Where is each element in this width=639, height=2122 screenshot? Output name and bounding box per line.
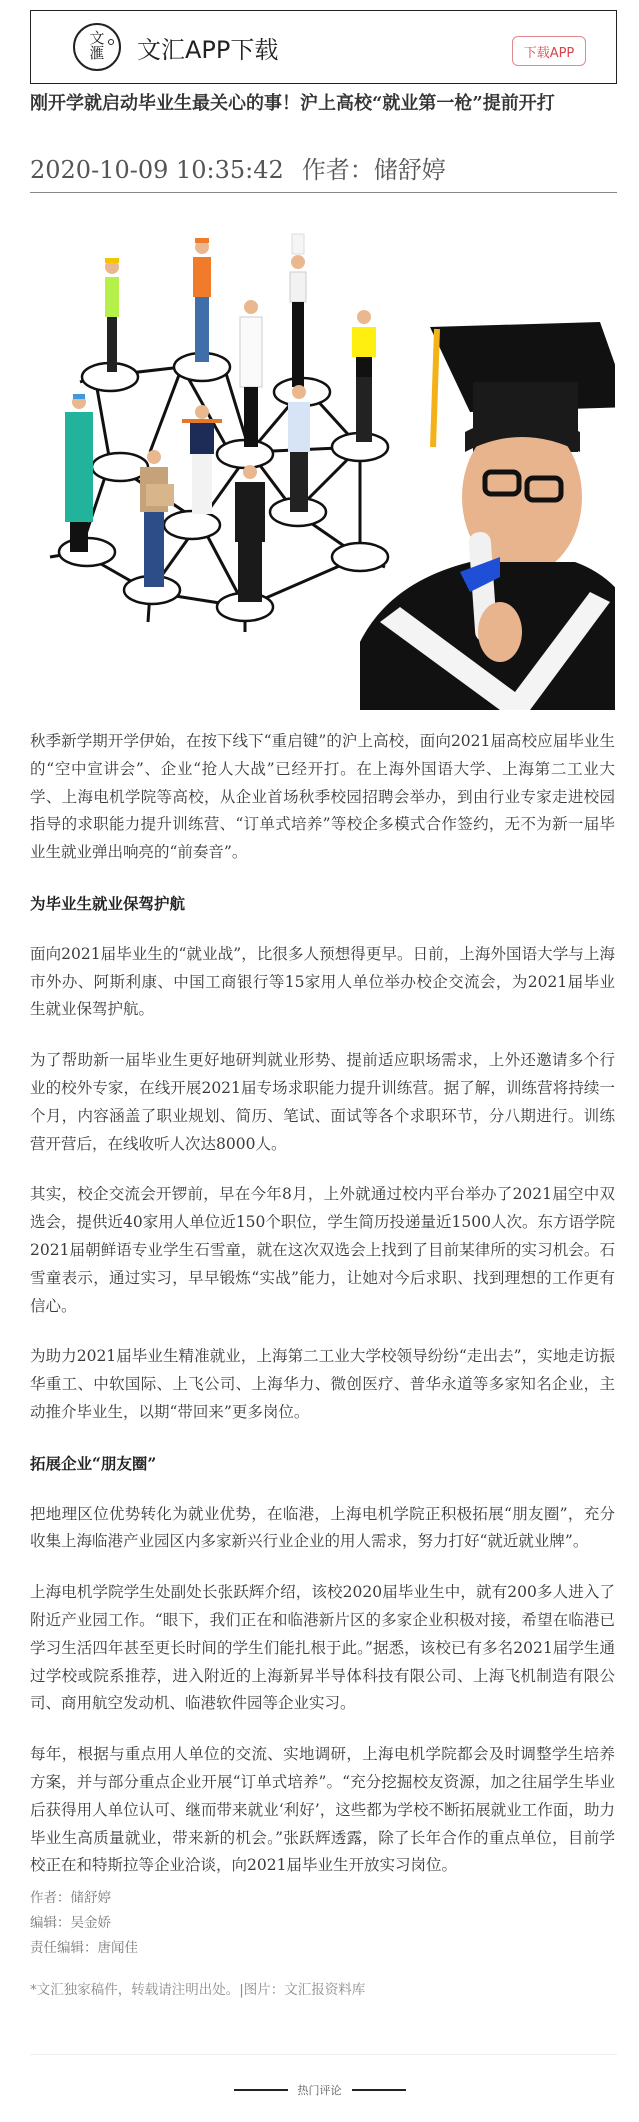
hot-comments-header: 热门评论 <box>0 2082 639 2098</box>
section-heading: 为毕业生就业保驾护航 <box>30 890 615 918</box>
paragraph: 面向2021届毕业生的“就业战”，比很多人预想得更早。日前，上海外国语大学与上海… <box>30 941 615 1024</box>
logo-dot-icon <box>108 39 114 45</box>
credit-editor: 编辑：吴金娇 <box>30 1911 138 1936</box>
hero-image <box>30 222 615 710</box>
paragraph: 把地理区位优势转化为就业优势，在临港，上海电机学院正积极拓展“朋友圈”，充分收集… <box>30 1501 615 1557</box>
graduate-career-network-illustration <box>30 222 615 710</box>
footer-divider <box>30 2054 617 2055</box>
heading-rule-left <box>234 2089 288 2091</box>
hot-comments-label: 热门评论 <box>298 2082 342 2098</box>
credit-author: 作者：储舒婷 <box>30 1886 138 1911</box>
publish-datetime: 2020-10-09 10:35:42 <box>30 156 284 184</box>
wenhui-logo-icon: 文 滙 <box>73 23 121 71</box>
paragraph: 为助力2021届毕业生精准就业，上海第二工业大学校领导纷纷“走出去”，实地走访振… <box>30 1343 615 1426</box>
paragraph: 为了帮助新一届毕业生更好地研判就业形势、提前适应职场需求，上外还邀请多个行业的校… <box>30 1047 615 1158</box>
article-title: 刚开学就启动毕业生最关心的事！沪上高校“就业第一枪”提前开打 <box>30 88 615 119</box>
paragraph: 每年，根据与重点用人单位的交流、实地调研，上海电机学院都会及时调整学生培养方案，… <box>30 1741 615 1880</box>
paragraph: 其实，校企交流会开锣前，早在今年8月，上外就通过校内平台举办了2021届空中双选… <box>30 1181 615 1320</box>
section-heading: 拓展企业“朋友圈” <box>30 1450 615 1478</box>
copyright-note: *文汇独家稿件，转载请注明出处。|图片：文汇报资料库 <box>30 1978 365 1998</box>
header-divider <box>30 192 617 193</box>
paragraph: 秋季新学期开学伊始，在按下线下“重启键”的沪上高校，面向2021届高校应届毕业生… <box>30 728 615 867</box>
download-app-button[interactable]: 下载APP <box>512 36 586 66</box>
heading-rule-right <box>352 2089 406 2091</box>
article-body: 秋季新学期开学伊始，在按下线下“重启键”的沪上高校，面向2021届高校应届毕业生… <box>30 728 615 1903</box>
article-author: 作者：储舒婷 <box>302 156 446 184</box>
app-download-banner[interactable]: 文 滙 文汇APP下载 下载APP <box>30 10 617 84</box>
article-credits: 作者：储舒婷 编辑：吴金娇 责任编辑：唐闻佳 <box>30 1886 138 1961</box>
credit-chief-editor: 责任编辑：唐闻佳 <box>30 1936 138 1961</box>
banner-title: 文汇APP下载 <box>137 30 278 65</box>
logo-char-bottom: 滙 <box>89 46 104 61</box>
paragraph: 上海电机学院学生处副处长张跃辉介绍，该校2020届毕业生中，就有200多人进入了… <box>30 1579 615 1718</box>
article-meta: 2020-10-09 10:35:42作者：储舒婷 <box>30 150 446 185</box>
